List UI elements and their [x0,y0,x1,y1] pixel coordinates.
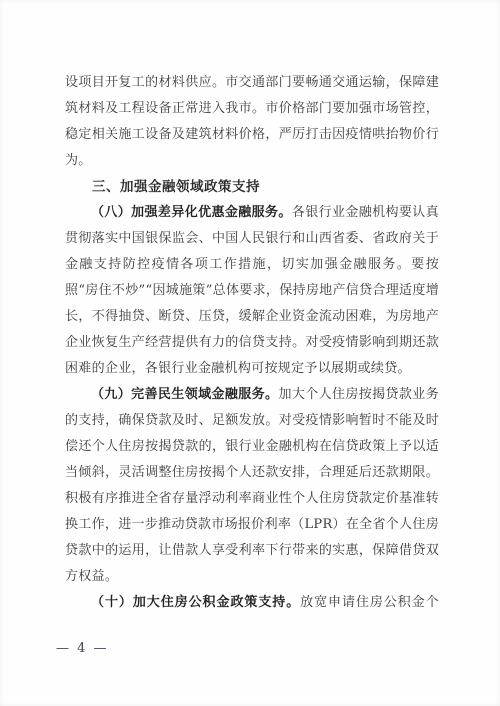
paragraph-item-9: （九）完善民生领域金融服务。加大个人住房按揭贷款业务的支持，确保贷款及时、足额发… [65,382,439,590]
document-text-block: 设项目开复工的材料供应。市交通部门要畅通交通运输，保障建筑材料及工程设备正常进入… [65,70,439,616]
paragraph-item-8-body: 各银行业金融机构要认真贯彻落实中国银保监会、中国人民银行和山西省委、省政府关于金… [65,205,439,376]
paragraph-continuation: 设项目开复工的材料供应。市交通部门要畅通交通运输，保障建筑材料及工程设备正常进入… [65,70,439,174]
paragraph-item-9-lead: （九）完善民生领域金融服务。 [91,387,278,402]
paragraph-item-10-body: 放宽申请住房公积金个 [300,595,439,610]
paragraph-item-10: （十）加大住房公积金政策支持。放宽申请住房公积金个 [65,590,439,616]
page-number: — 4 — [56,641,109,656]
paragraph-item-8: （八）加强差异化优惠金融服务。各银行业金融机构要认真贯彻落实中国银保监会、中国人… [65,200,439,382]
paragraph-item-9-body: 加大个人住房按揭贷款业务的支持，确保贷款及时、足额发放。对受疫情影响暂时不能及时… [65,387,439,584]
paragraph-item-10-lead: （十）加大住房公积金政策支持。 [91,595,300,610]
paragraph-item-8-lead: （八）加强差异化优惠金融服务。 [91,205,292,220]
document-page: 设项目开复工的材料供应。市交通部门要畅通交通运输，保障建筑材料及工程设备正常进入… [0,0,500,706]
section-heading: 三、加强金融领域政策支持 [65,174,439,200]
